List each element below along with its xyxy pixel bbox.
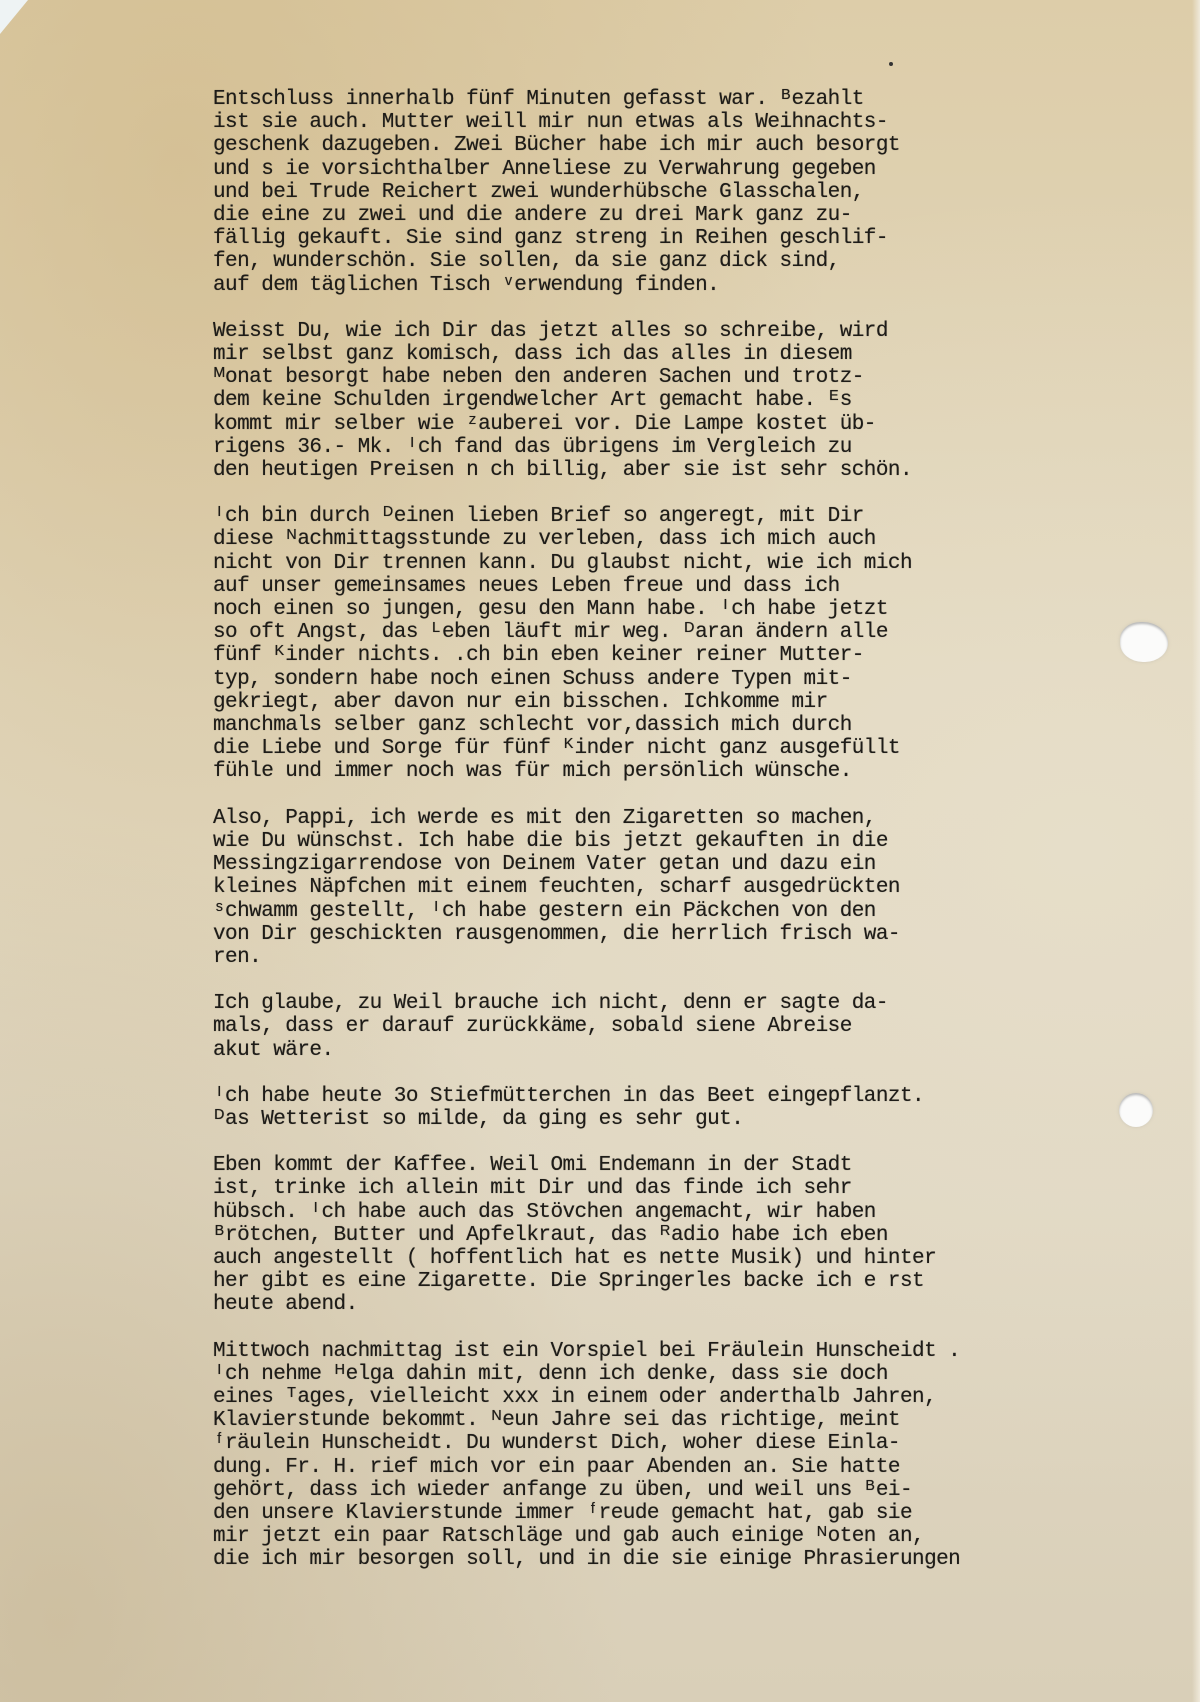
text-line: mals, dass er darauf zurückkäme, sobald … bbox=[213, 1015, 1173, 1038]
text-line: fühle und immer noch was für mich persön… bbox=[213, 760, 1173, 783]
text-line: wie Du wünschst. Ich habe die bis jetzt … bbox=[213, 830, 1173, 853]
text-line: mir jetzt ein paar Ratschläge und gab au… bbox=[213, 1525, 1173, 1548]
letter-body: Entschluss innerhalb fünf Minuten gefass… bbox=[213, 88, 1173, 1595]
paragraph-cigarettes: Also, Pappi, ich werde es mit den Zigare… bbox=[213, 807, 1173, 969]
text-line: den unsere Klavierstunde immer ᶠreude ge… bbox=[213, 1502, 1173, 1525]
text-line: ren. bbox=[213, 946, 1173, 969]
text-line: fällig gekauft. Sie sind ganz streng in … bbox=[213, 227, 1173, 250]
text-line: ˢchwamm gestellt, ᴵch habe gestern ein P… bbox=[213, 900, 1173, 923]
text-line: hübsch. ᴵch habe auch das Stövchen angem… bbox=[213, 1201, 1173, 1224]
paragraph-afternoon: ᴵch bin durch ᴰeinen lieben Brief so ang… bbox=[213, 505, 1173, 783]
text-line: Klavierstunde bekommt. ᴺeun Jahre sei da… bbox=[213, 1409, 1173, 1432]
paragraph-coffee: Eben kommt der Kaffee. Weil Omi Endemann… bbox=[213, 1154, 1173, 1316]
paragraph-weil: Ich glaube, zu Weil brauche ich nicht, d… bbox=[213, 992, 1173, 1062]
text-line: Also, Pappi, ich werde es mit den Zigare… bbox=[213, 807, 1173, 830]
ink-speck bbox=[889, 62, 893, 66]
paragraph-pansies: ᴵch habe heute 3o Stiefmütterchen in das… bbox=[213, 1085, 1173, 1131]
text-line: typ, sondern habe noch einen Schuss ande… bbox=[213, 668, 1173, 691]
text-line: von Dir geschickten rausgenommen, die he… bbox=[213, 923, 1173, 946]
folded-corner bbox=[0, 0, 28, 34]
text-line: geschenk dazugeben. Zwei Bücher habe ich… bbox=[213, 134, 1173, 157]
text-line: Entschluss innerhalb fünf Minuten gefass… bbox=[213, 88, 1173, 111]
text-line: mir selbst ganz komisch, dass ich das al… bbox=[213, 343, 1173, 366]
text-line: auf dem täglichen Tisch ᵛerwendung finde… bbox=[213, 274, 1173, 297]
text-line: ᴵch habe heute 3o Stiefmütterchen in das… bbox=[213, 1085, 1173, 1108]
text-line: auch angestellt ( hoffentlich hat es net… bbox=[213, 1247, 1173, 1270]
paragraph-piano-recital: Mittwoch nachmittag ist ein Vorspiel bei… bbox=[213, 1340, 1173, 1572]
text-line: die eine zu zwei und die andere zu drei … bbox=[213, 204, 1173, 227]
text-line: rigens 36.- Mk. ᴵch fand das übrigens im… bbox=[213, 436, 1173, 459]
text-line: dem keine Schulden irgendwelcher Art gem… bbox=[213, 389, 1173, 412]
text-line: Messingzigarrendose von Deinem Vater get… bbox=[213, 853, 1173, 876]
text-line: so oft Angst, das ᴸeben läuft mir weg. ᴰ… bbox=[213, 621, 1173, 644]
text-line: ist, trinke ich allein mit Dir und das f… bbox=[213, 1177, 1173, 1200]
text-line: die Liebe und Sorge für fünf ᴷinder nich… bbox=[213, 737, 1173, 760]
text-line: ᴮrötchen, Butter und Apfelkraut, das ᴿad… bbox=[213, 1224, 1173, 1247]
text-line: Ich glaube, zu Weil brauche ich nicht, d… bbox=[213, 992, 1173, 1015]
text-line: manchmals selber ganz schlecht vor,dassi… bbox=[213, 714, 1173, 737]
text-line: auf unser gemeinsames neues Leben freue … bbox=[213, 575, 1173, 598]
paragraph-no-debts: Weisst Du, wie ich Dir das jetzt alles s… bbox=[213, 320, 1173, 482]
text-line: ist sie auch. Mutter weill mir nun etwas… bbox=[213, 111, 1173, 134]
text-line: diese ᴺachmittagsstunde zu verleben, das… bbox=[213, 528, 1173, 551]
text-line: den heutigen Preisen n ch billig, aber s… bbox=[213, 459, 1173, 482]
text-line: gehört, dass ich wieder anfange zu üben,… bbox=[213, 1479, 1173, 1502]
text-line: Weisst Du, wie ich Dir das jetzt alles s… bbox=[213, 320, 1173, 343]
text-line: Mittwoch nachmittag ist ein Vorspiel bei… bbox=[213, 1340, 1173, 1363]
text-line: kommt mir selber wie ᶻauberei vor. Die L… bbox=[213, 413, 1173, 436]
text-line: ᶠräulein Hunscheidt. Du wunderst Dich, w… bbox=[213, 1432, 1173, 1455]
text-line: her gibt es eine Zigarette. Die Springer… bbox=[213, 1270, 1173, 1293]
text-line: gekriegt, aber davon nur ein bisschen. I… bbox=[213, 691, 1173, 714]
text-line: nicht von Dir trennen kann. Du glaubst n… bbox=[213, 552, 1173, 575]
text-line: die ich mir besorgen soll, und in die si… bbox=[213, 1548, 1173, 1571]
text-line: eines ᵀages, vielleicht xxx in einem ode… bbox=[213, 1386, 1173, 1409]
text-line: kleines Näpfchen mit einem feuchten, sch… bbox=[213, 876, 1173, 899]
letter-page: Entschluss innerhalb fünf Minuten gefass… bbox=[0, 0, 1200, 1702]
text-line: fen, wunderschön. Sie sollen, da sie gan… bbox=[213, 250, 1173, 273]
text-line: und bei Trude Reichert zwei wunderhübsch… bbox=[213, 181, 1173, 204]
text-line: und s ie vorsichthalber Anneliese zu Ver… bbox=[213, 158, 1173, 181]
text-line: dung. Fr. H. rief mich vor ein paar Aben… bbox=[213, 1456, 1173, 1479]
text-line: akut wäre. bbox=[213, 1039, 1173, 1062]
text-line: ᴹonat besorgt habe neben den anderen Sac… bbox=[213, 366, 1173, 389]
text-line: ᴰas Wetterist so milde, da ging es sehr … bbox=[213, 1108, 1173, 1131]
paragraph-purchases: Entschluss innerhalb fünf Minuten gefass… bbox=[213, 88, 1173, 297]
text-line: fünf ᴷinder nichts. .ch bin eben keiner … bbox=[213, 644, 1173, 667]
text-line: noch einen so jungen, gesu den Mann habe… bbox=[213, 598, 1173, 621]
text-line: heute abend. bbox=[213, 1293, 1173, 1316]
text-line: Eben kommt der Kaffee. Weil Omi Endemann… bbox=[213, 1154, 1173, 1177]
text-line: ᴵch bin durch ᴰeinen lieben Brief so ang… bbox=[213, 505, 1173, 528]
text-line: ᴵch nehme ᴴelga dahin mit, denn ich denk… bbox=[213, 1363, 1173, 1386]
paper-edge bbox=[1192, 0, 1200, 1702]
